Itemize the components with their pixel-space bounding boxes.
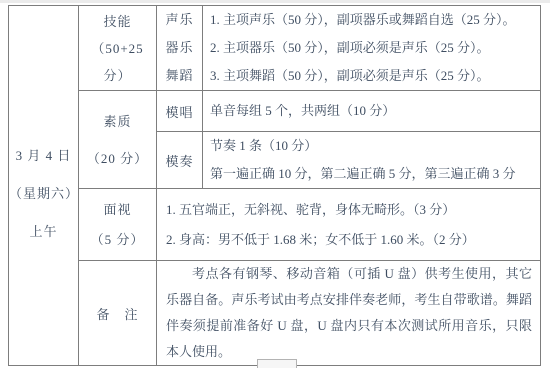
- table-row: 备 注 考点各有钢琴、移动音箱（可插 U 盘）供考生使用，其它乐器自备。声乐考试…: [9, 261, 541, 366]
- rhythm-imitation-detail-cell: 节奏 1 条（10 分） 第一遍正确 10 分，第二遍正确 5 分，第三遍正确 …: [203, 132, 541, 189]
- quality-category-cell: 素质 （20 分）: [79, 91, 157, 189]
- table-row: 素质 （20 分） 模唱 单音每组 5 个，共两组（10 分）: [9, 91, 541, 132]
- detail-line: 1. 五官端正，无斜视、驼背，身体无畸形。（3 分）: [166, 195, 536, 225]
- table-row: 3 月 4 日 （星期六） 上午 技能 （50+25 分） 声乐 器乐 舞蹈: [9, 6, 541, 91]
- sing-imitation-detail-cell: 单音每组 5 个，共两组（10 分）: [203, 91, 541, 132]
- detail-line: 第一遍正确 10 分，第二遍正确 5 分，第三遍正确 3 分: [210, 160, 536, 188]
- cropped-element-artifact: [257, 359, 297, 368]
- face-check-details-cell: 1. 五官端正，无斜视、驼背，身体无畸形。（3 分） 2. 身高：男不低于 1.…: [157, 189, 541, 261]
- skill-score-label: （50+25 分）: [79, 35, 156, 89]
- weekday-line: （星期六）: [9, 175, 78, 213]
- remarks-category-cell: 备 注: [79, 261, 157, 366]
- period-line: 上午: [29, 213, 57, 251]
- detail-line: 节奏 1 条（10 分）: [210, 132, 536, 160]
- date-line: 3 月 4 日: [16, 137, 72, 175]
- face-check-category-cell: 面视 （5 分）: [79, 189, 157, 261]
- skill-details-cell: 1. 主项声乐（50 分），副项器乐或舞蹈自选（25 分）。 2. 主项器乐（5…: [203, 6, 541, 91]
- quality-label: 素质: [103, 103, 131, 140]
- face-check-score-label: （5 分）: [91, 225, 145, 255]
- sing-imitation-label: 模唱: [165, 102, 193, 121]
- detail-line: 2. 身高：男不低于 1.68 米；女不低于 1.60 米。（2 分）: [166, 225, 536, 255]
- date-cell: 3 月 4 日 （星期六） 上午: [9, 6, 79, 366]
- skill-subjects-cell: 声乐 器乐 舞蹈: [157, 6, 203, 91]
- subject-vocal-label: 声乐: [165, 6, 193, 34]
- detail-line: 1. 主项声乐（50 分），副项器乐或舞蹈自选（25 分）。: [210, 6, 536, 34]
- quality-score-label: （20 分）: [87, 140, 148, 177]
- remarks-paragraph: 考点各有钢琴、移动音箱（可插 U 盘）供考生使用，其它乐器自备。声乐考试由考点安…: [157, 261, 540, 365]
- skill-category-cell: 技能 （50+25 分）: [79, 6, 157, 91]
- detail-line: 2. 主项器乐（50 分），副项必须是声乐（25 分）。: [210, 34, 536, 62]
- skill-label: 技能: [103, 8, 131, 35]
- remarks-label: 备 注: [96, 304, 138, 323]
- detail-line: 3. 主项舞蹈（50 分），副项必须是声乐（25 分）。: [210, 62, 536, 90]
- page-top-edge: [0, 0, 550, 3]
- remarks-text-cell: 考点各有钢琴、移动音箱（可插 U 盘）供考生使用，其它乐器自备。声乐考试由考点安…: [157, 261, 541, 366]
- face-check-label: 面视: [103, 195, 131, 225]
- exam-schedule-table: 3 月 4 日 （星期六） 上午 技能 （50+25 分） 声乐 器乐 舞蹈: [8, 5, 541, 366]
- rhythm-imitation-cell: 模奏: [157, 132, 203, 189]
- sing-imitation-cell: 模唱: [157, 91, 203, 132]
- subject-dance-label: 舞蹈: [165, 62, 193, 90]
- table-row: 面视 （5 分） 1. 五官端正，无斜视、驼背，身体无畸形。（3 分） 2. 身…: [9, 189, 541, 261]
- rhythm-imitation-label: 模奏: [165, 151, 193, 170]
- subject-instrument-label: 器乐: [165, 34, 193, 62]
- detail-line: 单音每组 5 个，共两组（10 分）: [210, 97, 536, 125]
